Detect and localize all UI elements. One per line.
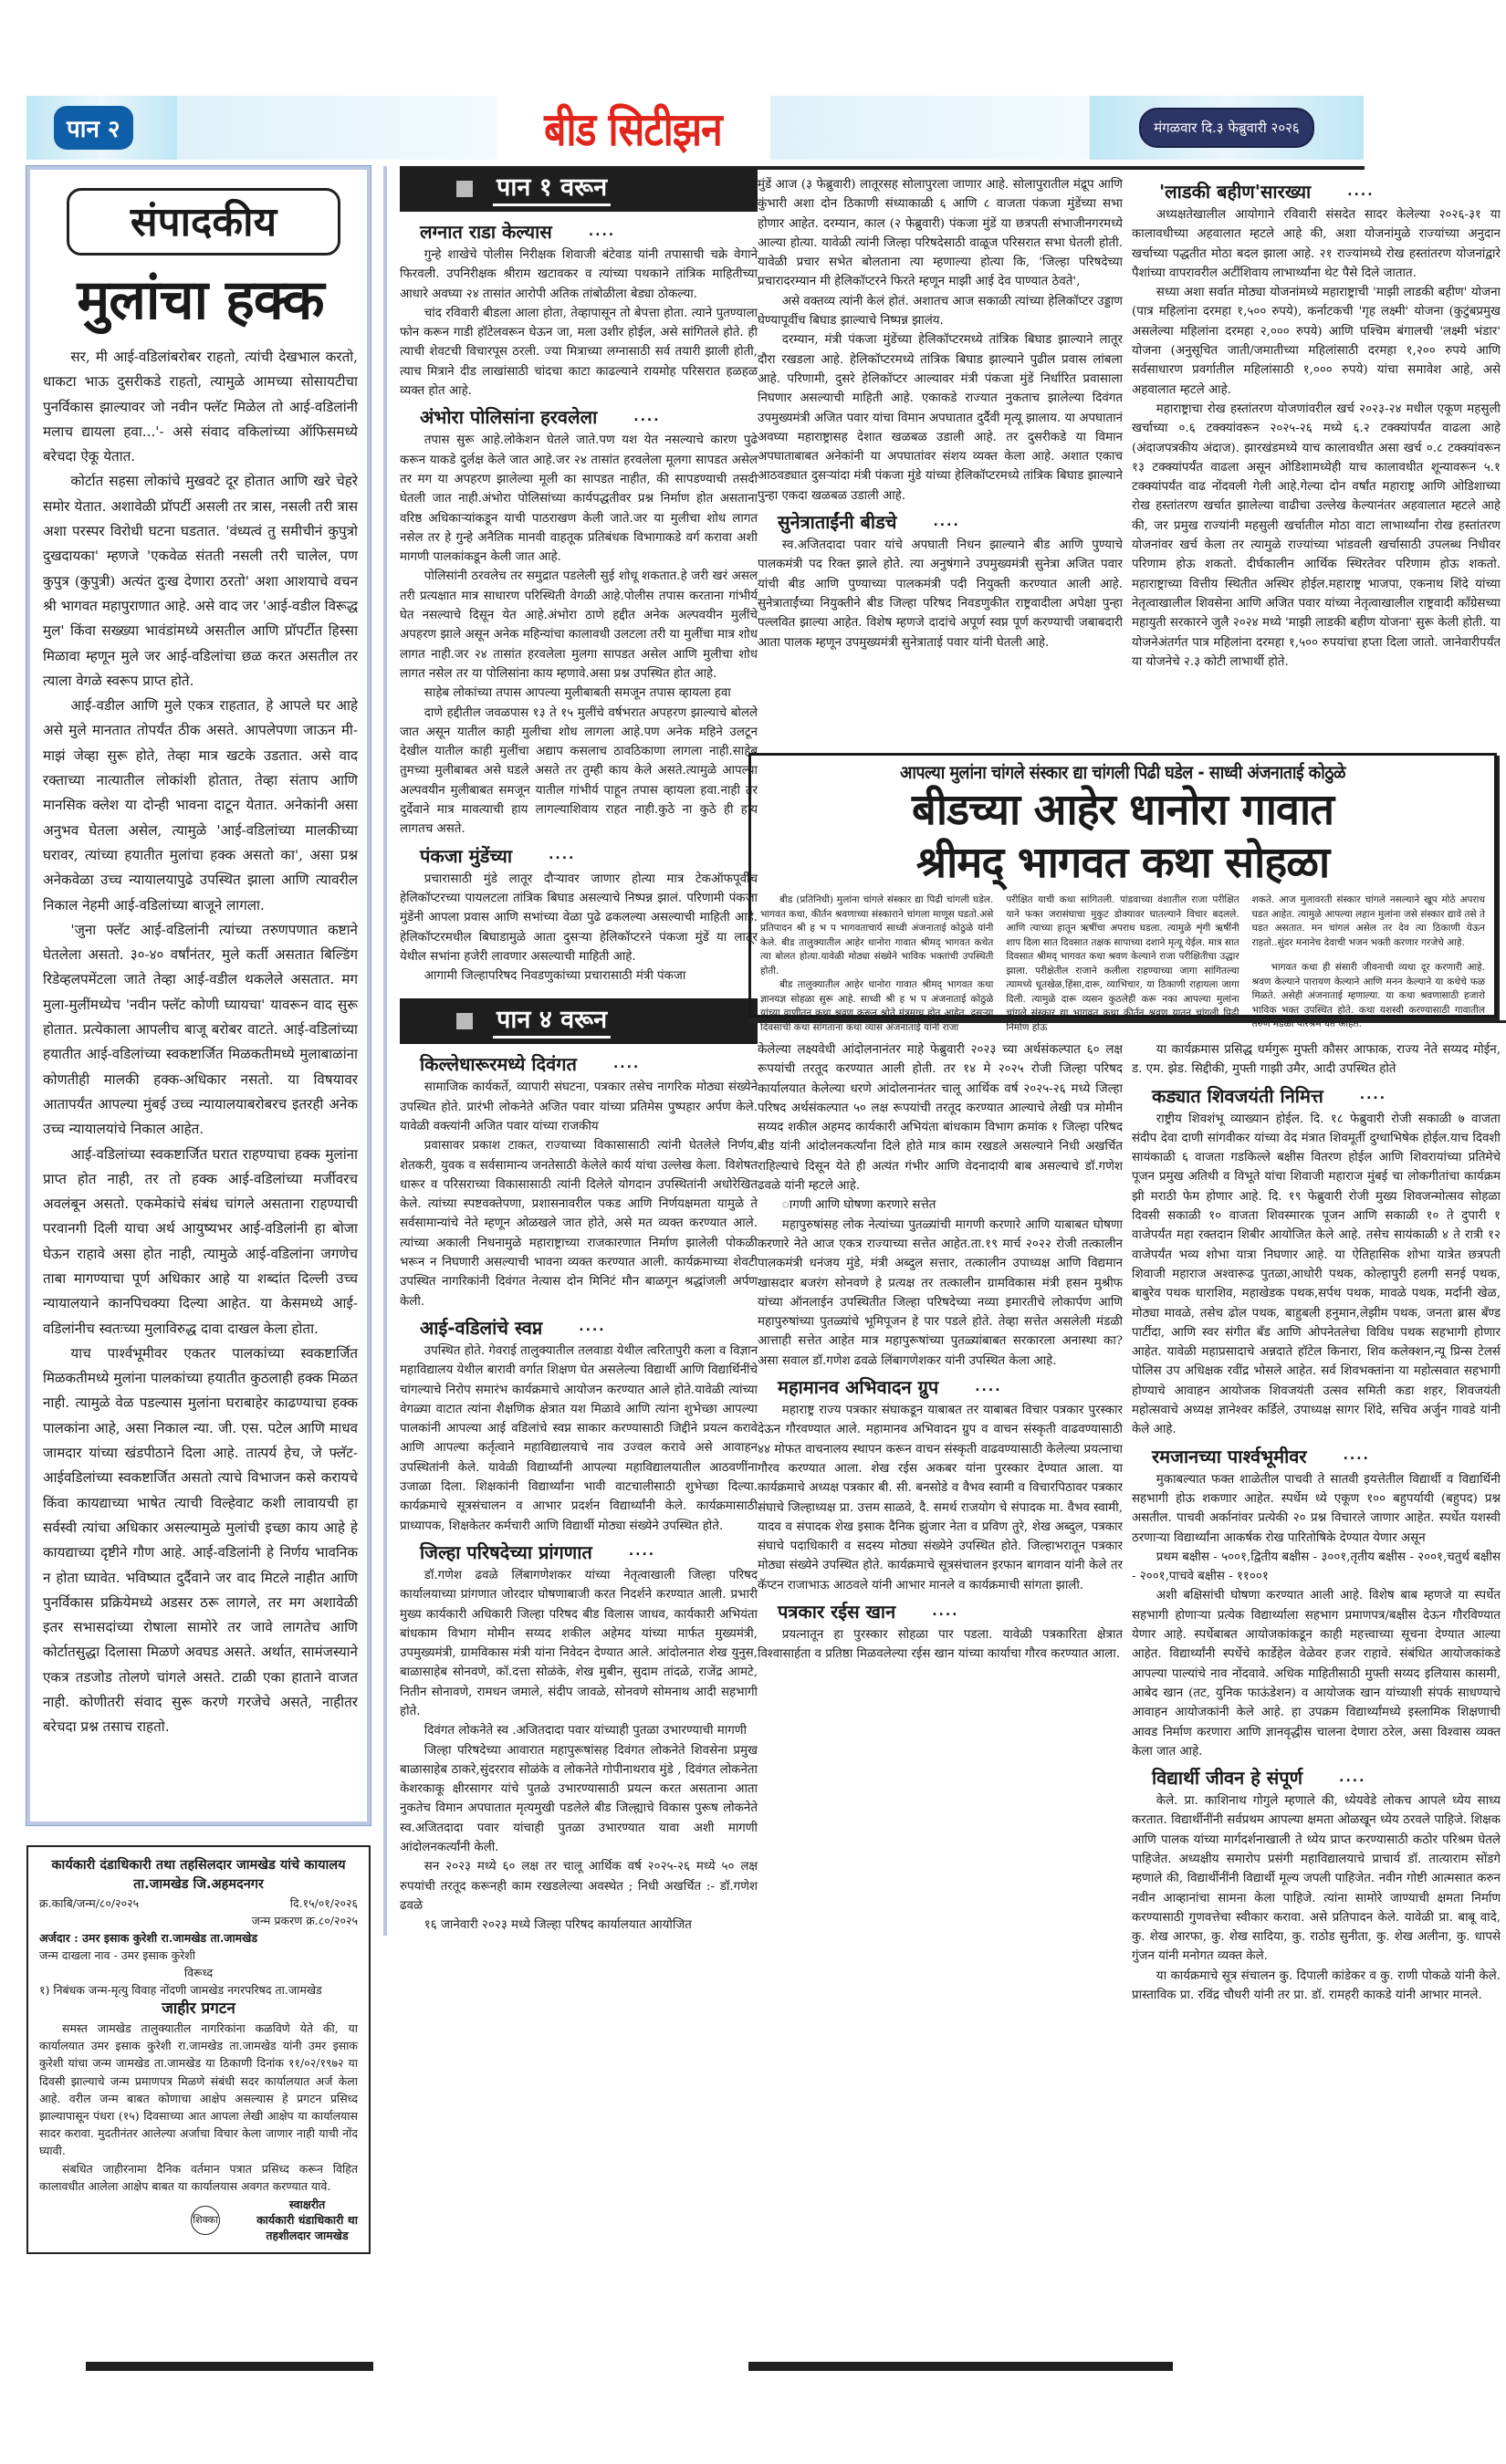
story-paragraph: स्व.अजितदादा पवार यांचे अपघाती निधन झाल्… (758, 536, 1123, 653)
masthead-title-area: बीड सिटीझन (497, 96, 770, 160)
story-paragraph: ागणी आणि घोषणा करणारे सत्तेत (758, 1195, 1123, 1215)
story-paragraph: सामाजिक कार्यकर्ते, व्यापारी संघटना, पत्… (400, 1078, 758, 1136)
notice-signature: शिक्का स्वाक्षरीत कार्यकारी धंडाधिकारी थ… (39, 2197, 358, 2243)
dots-icon: .... (933, 515, 959, 529)
feature-paragraph: परीक्षित याची कथा सांगितली. पांडवाच्या व… (1006, 893, 1239, 1035)
footer-bar (748, 2362, 1173, 2371)
column-editorial: संपादकीय मुलांचा हक्क सर, मी आई-वडिलांबर… (26, 166, 371, 2254)
date-badge: मंगळवार दि.३ फेब्रुवारी २०२६ (1139, 108, 1313, 148)
notice-versus: विरूध्द (39, 1964, 358, 1981)
story-paragraph: असे वक्तव्य त्यांनी केलं होतं. अशातच आज … (758, 292, 1123, 331)
dots-icon: .... (1347, 184, 1374, 199)
story-paragraph: मुकाबल्यात फक्त शाळेतील पाचवी ते सातवी इ… (1132, 1470, 1501, 1548)
notice-body: संबधित जाहीरनामा दैनिक वर्तमान पत्रात प्… (39, 2160, 358, 2195)
dots-icon: .... (1360, 1088, 1386, 1102)
masthead-band (770, 96, 1090, 160)
editorial-box: संपादकीय मुलांचा हक्क सर, मी आई-वडिलांबर… (26, 166, 371, 1825)
story-paragraph: अशी बक्षिसांची घोषणा करण्यात आली आहे. वि… (1132, 1586, 1501, 1761)
story-paragraph: डॉ.गणेश ढवळे लिंबागणेशकर यांच्या नेतृत्व… (400, 1566, 758, 1721)
story-paragraph: साहेब लोकांच्या तपास आपल्या मुलीबाबती सम… (400, 684, 758, 703)
dots-icon: .... (975, 1380, 1001, 1394)
notice-body: समस्त जामखेड तालुक्यातील नागरिकांना कळवि… (39, 2020, 358, 2160)
editorial-paragraph: आई-वडील आणि मुले एकत्र राहतात, हे आपले घ… (43, 694, 358, 918)
square-bullet-icon (456, 181, 473, 197)
dots-icon: .... (1344, 1448, 1370, 1463)
masthead: पान २ बीड सिटीझन मंगळवार दि.३ फेब्रुवारी… (26, 96, 1364, 160)
story-title: पत्रकार रईस खान (778, 1599, 895, 1624)
story-heading: सुनेत्राताईंनी बीडचे.... (778, 509, 1123, 534)
story-title: कड्यात शिवजयंती निमित्त (1152, 1083, 1323, 1108)
notice-ref-no: क्र.काबि/जन्म/८०/२०२५ (39, 1895, 139, 1912)
editorial-label: संपादकीय (67, 188, 340, 256)
masthead-band (177, 96, 497, 160)
story-title: किल्लेधारूरमध्ये दिवंगत (420, 1051, 577, 1076)
dots-icon: .... (613, 1057, 640, 1071)
public-notice: कार्यकारी दंडाधिकारी तथा तहसिलदार जामखेड… (26, 1845, 371, 2254)
story-paragraph: पोलिसांनी ठरवलेच तर समुद्रात पडलेली सुई … (400, 567, 758, 684)
editorial-paragraph: 'जुना फ्लॅट आई-वडिलांनी त्यांच्या तरुणपण… (43, 918, 358, 1143)
feature-paragraph: शकते. आज मुलावरती संस्कार चांगले नसल्यान… (1252, 893, 1485, 950)
story-paragraph: दाणे हद्दीतील जवळपास १३ ते १५ मुलींचे वर… (400, 704, 758, 840)
story-paragraph: मुंडें आज (३ फेब्रुवारी) लातूरसह सोलापुर… (758, 175, 1123, 292)
dots-icon: .... (589, 224, 615, 239)
story-paragraph: महापुरुषांसह लोक नेत्यांच्या पुतळ्यांची … (758, 1216, 1123, 1371)
column-3-bottom: केलेल्या लक्ष्यवेधी आंदोलनानंतर माहे फेब… (758, 1040, 1123, 2354)
footer-bar (86, 2362, 373, 2371)
section-label: पान ४ वरून (493, 1005, 611, 1039)
story-heading: लग्नात राडा केल्यास.... (420, 219, 758, 244)
story-title: आई-वडिलांचे स्वप्न (420, 1315, 542, 1340)
square-bullet-icon (456, 1013, 473, 1029)
notice-applicant: अर्जदार : उमर इसाक कुरेशी रा.जामखेड ता.ज… (39, 1929, 358, 1947)
story-paragraph: महाराष्ट्राचा रोख हस्तांतरण योजणांवरील ख… (1132, 400, 1501, 672)
story-paragraph: उपस्थित होते. गेवराई तालुक्यातील तलवाडा … (400, 1342, 758, 1536)
feature-column: परीक्षित याची कथा सांगितली. पांडवाच्या व… (1006, 893, 1239, 1035)
story-paragraph: गुन्हे शाखेचे पोलीस निरीक्षक शिवाजी बंटे… (400, 245, 758, 304)
feature-paragraph: बीड (प्रतिनिधी) मुलांना चांगले संस्कार द… (760, 893, 993, 978)
story-heading: विद्यार्थी जीवन हे संपूर्ण.... (1152, 1765, 1501, 1790)
story-heading: रमजानच्या पार्श्वभूमीवर.... (1152, 1444, 1501, 1468)
story-paragraph: या कार्यक्रमास प्रसिद्ध धर्मगुरू मुफ्ती … (1132, 1040, 1501, 1080)
story-heading: पंकजा मुंडेंच्या.... (420, 843, 758, 868)
story-heading: आई-वडिलांचे स्वप्न.... (420, 1315, 758, 1340)
story-paragraph: आगामी जिल्हापरिषद निवडणुकांच्या प्रचारास… (400, 966, 758, 986)
signatory-line: कार्यकारी धंडाधिकारी था (256, 2212, 358, 2228)
signed-label: स्वाक्षरीत (256, 2197, 358, 2212)
story-heading: किल्लेधारूरमध्ये दिवंगत.... (420, 1051, 758, 1076)
dots-icon: .... (1339, 1770, 1365, 1785)
notice-ref-row: क्र.काबि/जन्म/८०/२०२५ दि.१५/०१/२०२६ (39, 1895, 358, 1912)
story-paragraph: सन २०२३ मध्ये ६० लक्ष तर चालू आर्थिक वर्… (400, 1857, 758, 1916)
story-title: रमजानच्या पार्श्वभूमीवर (1152, 1444, 1307, 1468)
feature-box-bhagwat-katha: आपल्या मुलांना चांगले संस्कार द्या चांगल… (748, 753, 1497, 1018)
story-paragraph: दिवंगत लोकनेते स्व .अजितदादा पवार यांच्य… (400, 1721, 758, 1740)
notice-case-no: जन्म प्रकरण क्र.८०/२०२५ (39, 1912, 358, 1929)
feature-columns: बीड (प्रतिनिधी) मुलांना चांगले संस्कार द… (760, 893, 1485, 1035)
story-paragraph: दरम्यान, मंत्री पंकजा मुंडेंच्या हेलिकॉप… (758, 330, 1123, 506)
dots-icon: .... (579, 1320, 605, 1334)
story-heading: जिल्हा परिषदेच्या प्रांगणात.... (420, 1540, 758, 1564)
editorial-headline: मुलांचा हक्क (43, 266, 358, 334)
story-title: सुनेत्राताईंनी बीडचे (778, 509, 896, 534)
feature-headline: श्रीमद् भागवत कथा सोहळा (760, 837, 1485, 890)
section-label: पान १ वरून (493, 172, 611, 206)
section-header-page1: पान १ वरून (400, 166, 758, 212)
story-paragraph: राष्ट्रीय शिवशंभू व्याख्यान होईल. दि. १८… (1132, 1110, 1501, 1440)
notice-respondent: १) निबंधक जन्म-मृत्यु विवाह नोंदणी जामखे… (39, 1981, 358, 1999)
story-title: विद्यार्थी जीवन हे संपूर्ण (1152, 1765, 1302, 1790)
story-title: 'लाडकी बहीण'सारख्या (1159, 179, 1311, 204)
newspaper-title: बीड सिटीझन (521, 96, 746, 160)
story-heading: 'लाडकी बहीण'सारख्या.... (1159, 179, 1501, 204)
story-title: महामानव अभिवादन ग्रुप (778, 1374, 938, 1399)
story-paragraph: महाराष्ट्र राज्य पत्रकार संघाकडून याबाबत… (758, 1401, 1123, 1595)
signatory: स्वाक्षरीत कार्यकारी धंडाधिकारी था तहशील… (256, 2197, 358, 2243)
story-paragraph: या कार्यक्रमाचे सूत्र संचालन कु. दिपाली … (1132, 1967, 1501, 2006)
story-title: अंभोरा पोलिसांना हरवलेला (420, 404, 597, 429)
story-paragraph: केले. प्रा. काशिनाथ गोगुले म्हणाले की, ध… (1132, 1791, 1501, 1967)
editorial-paragraph: याच पार्श्वभूमीवर एकतर पालकांच्या स्वकष्… (43, 1342, 358, 1740)
editorial-paragraph: आई-वडिलांच्या स्वकष्टार्जित घरात राहण्या… (43, 1143, 358, 1342)
story-heading: अंभोरा पोलिसांना हरवलेला.... (420, 404, 758, 429)
story-heading: पत्रकार रईस खान.... (778, 1599, 1123, 1624)
feature-column: शकते. आज मुलावरती संस्कार चांगले नसल्यान… (1252, 893, 1485, 1035)
box-bottom-rule (748, 1020, 1506, 1023)
story-paragraph: केलेल्या लक्ष्यवेधी आंदोलनानंतर माहे फेब… (758, 1040, 1123, 1195)
story-paragraph: प्रथम बक्षीस - ५००१,द्वितीय बक्षीस - ३००… (1132, 1548, 1501, 1587)
dots-icon: .... (629, 1544, 655, 1559)
masthead-left-band: पान २ (26, 96, 177, 160)
editorial-paragraph: सर, मी आई-वडिलांबरोबर राहतो, त्यांची देख… (43, 345, 358, 469)
dots-icon: .... (633, 410, 660, 424)
story-heading: महामानव अभिवादन ग्रुप.... (778, 1374, 1123, 1399)
editorial-paragraph: कोर्टात सहसा लोकांचे मुखवटे दूर होतात आण… (43, 469, 358, 694)
page-number-badge: पान २ (54, 106, 133, 150)
story-paragraph: अध्यक्षतेखालील आयोगाने रविवारी संसदेत सा… (1132, 205, 1501, 283)
notice-date: दि.१५/०१/२०२६ (290, 1895, 358, 1912)
story-paragraph: तपास सुरू आहे.लोकेशन घेतले जाते.पण यश ये… (400, 431, 758, 567)
story-paragraph: प्रचारासाठी मुंडे लातूर दौऱ्यावर जाणार ह… (400, 870, 758, 966)
column-4-bottom: या कार्यक्रमास प्रसिद्ध धर्मगुरू मुफ्ती … (1132, 1040, 1501, 2354)
section-header-page4: पान ४ वरून (400, 998, 758, 1044)
notice-title: जाहीर प्रगटन (39, 2000, 358, 2018)
story-paragraph: प्रवासावर प्रकाश टाकत, राज्याच्या विकासा… (400, 1136, 758, 1311)
column-4-top: 'लाडकी बहीण'सारख्या.... अध्यक्षतेखालील आ… (1132, 175, 1501, 750)
story-paragraph: प्रयत्नातून हा पुरस्कार सोहळा पार पडला. … (758, 1625, 1123, 1665)
notice-birth-name: जन्म दाखला नाव - उमर इसाक कुरेशी (39, 1947, 358, 1964)
feature-kicker: आपल्या मुलांना चांगले संस्कार द्या चांगल… (797, 759, 1449, 784)
masthead-right-band: मंगळवार दि.३ फेब्रुवारी २०२६ (1090, 96, 1364, 160)
story-title: लग्नात राडा केल्यास (420, 219, 552, 244)
feature-headline: बीडच्या आहेर धानोरा गावात (760, 784, 1485, 837)
story-paragraph: चांद रविवारी बीडला आला होता, तेव्हापासून… (400, 304, 758, 401)
column-continuations: पान १ वरून लग्नात राडा केल्यास.... गुन्ह… (383, 166, 758, 1936)
continuations-inner: पान १ वरून लग्नात राडा केल्यास.... गुन्ह… (383, 166, 758, 1936)
story-heading: कड्यात शिवजयंती निमित्त.... (1152, 1083, 1501, 1108)
dots-icon: .... (549, 848, 575, 862)
column-3-top: मुंडें आज (३ फेब्रुवारी) लातूरसह सोलापुर… (758, 175, 1123, 750)
dots-icon: .... (932, 1604, 958, 1619)
story-title: जिल्हा परिषदेच्या प्रांगणात (420, 1540, 592, 1564)
story-title: पंकजा मुंडेंच्या (420, 843, 512, 868)
story-paragraph: १६ जानेवारी २०२३ मध्ये जिल्हा परिषद कार्… (400, 1916, 758, 1935)
notice-office: कार्यकारी दंडाधिकारी तथा तहसिलदार जामखेड… (39, 1856, 358, 1895)
story-paragraph: सध्या अशा सर्वात मोठ्या योजनांमध्ये महार… (1132, 283, 1501, 400)
story-paragraph: जिल्हा परिषदेच्या आवारात महापुरूषांसह दि… (400, 1741, 758, 1858)
feature-paragraph: बीड तालुक्यातील आहेर धानोरा गावात श्रीमद… (760, 978, 993, 1035)
signatory-line: तहशीलदार जामखेड (256, 2228, 358, 2243)
feature-column: बीड (प्रतिनिधी) मुलांना चांगले संस्कार द… (760, 893, 993, 1035)
seal-icon: शिक्का (191, 2206, 220, 2235)
